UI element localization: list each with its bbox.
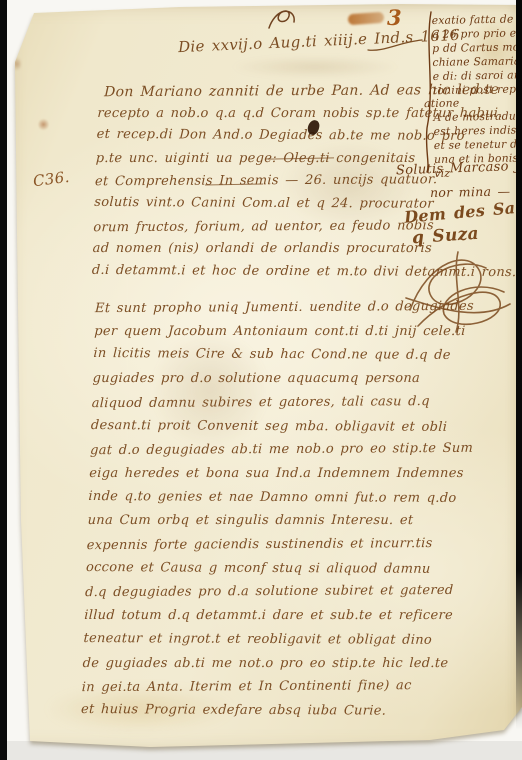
text-line: occone et Causa g mconf stuq si aliquod … bbox=[85, 556, 469, 582]
scanner-edge-right bbox=[516, 0, 522, 760]
manuscript-scan: 3 Die xxvij.o Aug.ti xiiij.e Ind.s 1616 … bbox=[0, 0, 522, 760]
text-line: et se tenetur de bbox=[434, 137, 522, 153]
text-line: A de mostradu quo bbox=[433, 109, 522, 125]
text-line: et huius Progria exdefare absq iuba Curi… bbox=[81, 698, 465, 724]
foxing-spot bbox=[12, 56, 21, 72]
text-line: e di: di saroi an bbox=[433, 68, 522, 84]
text-line: est heres indisircha bbox=[433, 123, 522, 139]
text-line: tonini post repud bbox=[433, 82, 522, 98]
foxing-spot bbox=[38, 118, 49, 131]
text-line: p dd Cartus mo bbox=[432, 40, 522, 56]
foxing-spot bbox=[8, 208, 14, 215]
folio-ink-smear bbox=[348, 12, 385, 25]
amount-line: nor mina — 533 bbox=[430, 183, 522, 200]
text-line: gugiades pro d.o solutione aquacumq pers… bbox=[92, 367, 476, 391]
text-line: una Cum orbq et singulis damnis Interesu… bbox=[87, 509, 471, 533]
notary-paraph-flourish bbox=[398, 238, 518, 338]
notary-squiggle-icon bbox=[264, 5, 300, 33]
paper-sheet: 3 Die xxvij.o Aug.ti xiiij.e Ind.s 1616 … bbox=[0, 0, 522, 760]
ink-bleedthrough bbox=[230, 56, 400, 78]
text-line: d.q degugiades pro d.a solutione subiret… bbox=[85, 579, 469, 605]
text-line: gat d.o degugiades ab.ti me nob.o pro eo… bbox=[90, 437, 474, 463]
text-line: eiga heredes et bona sua Ind.a Indemnem … bbox=[89, 462, 473, 486]
text-line: desant.ti proit Convenit seg mba. obliga… bbox=[90, 414, 474, 440]
text-line: in gei.ta Anta. Iterim et In Continenti … bbox=[81, 674, 465, 700]
text-line: illud totum d.q detammt.i dare et sub.te… bbox=[84, 604, 468, 628]
text-line: de gugiades ab.ti me not.o pro eo stip.t… bbox=[82, 652, 466, 676]
text-line: aliquod damnu subires et gatores, tali c… bbox=[91, 390, 475, 416]
text-line: in licitis meis Cire & sub hac Cond.ne q… bbox=[93, 342, 477, 368]
text-line: expennis forte gaciendis sustinendis et … bbox=[86, 532, 470, 558]
right-margin-note: exatio fatta deq 26 pro prio equp dd Car… bbox=[432, 12, 522, 181]
text-line: exatio fatta de bbox=[432, 12, 522, 28]
left-margin-note: C36. bbox=[32, 168, 70, 190]
text-line: teneatur et ingrot.t et reobligavit et o… bbox=[83, 627, 467, 653]
text-line: chiane Samariat bbox=[432, 54, 522, 70]
paper-shadow-wrap: 3 Die xxvij.o Aug.ti xiiij.e Ind.s 1616 … bbox=[0, 0, 522, 760]
text-line: q 26 pro prio equ bbox=[432, 26, 522, 42]
text-line: inde q.to genies et nae Damno omni fut.o… bbox=[88, 485, 472, 511]
folio-number: 3 bbox=[387, 5, 402, 30]
body-paragraph-2: Et sunt propho uniq Jumenti. uendite d.o… bbox=[81, 296, 479, 723]
amount-label: nor mina — bbox=[430, 183, 517, 200]
scanner-edge-left bbox=[0, 0, 7, 760]
date-swash bbox=[366, 38, 424, 54]
